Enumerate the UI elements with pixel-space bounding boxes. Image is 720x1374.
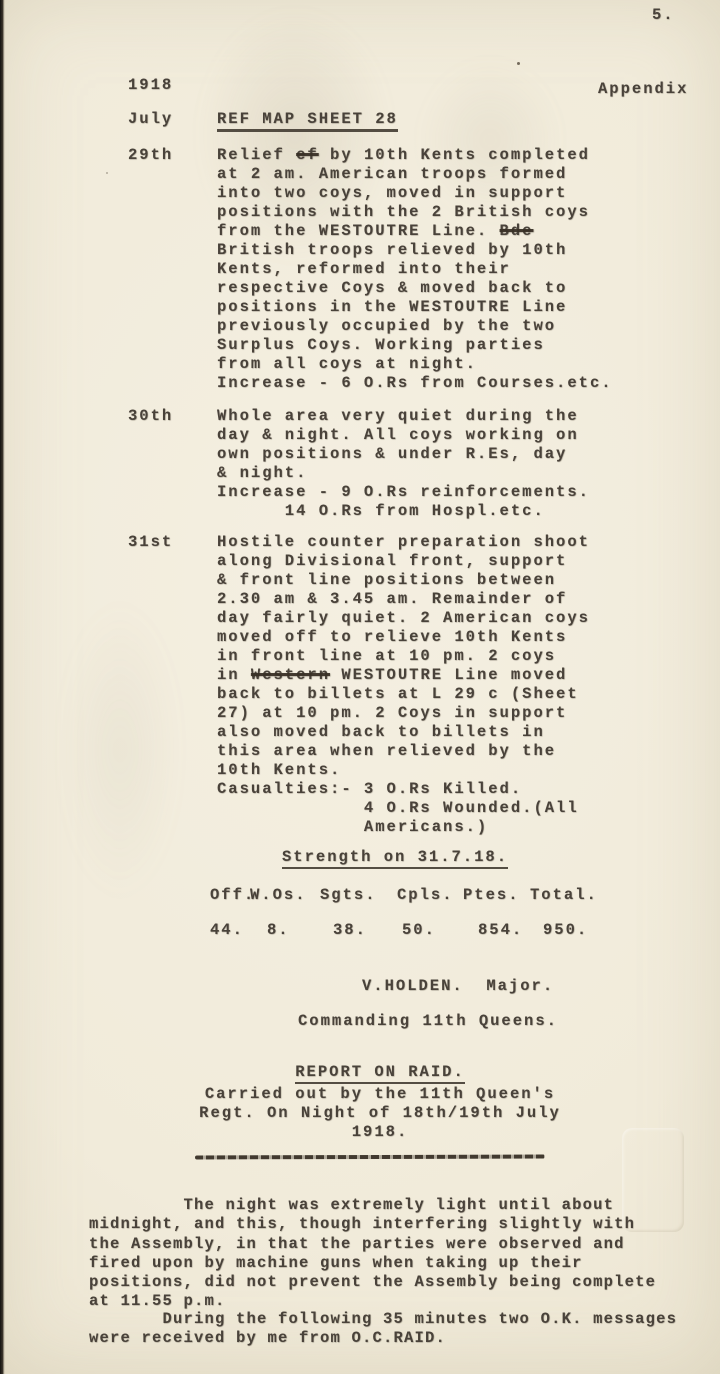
text-line: Carried out by the 11th Queen's	[170, 1085, 590, 1104]
ink-speck	[517, 62, 520, 65]
struck-word: ef	[296, 146, 319, 164]
text-line: also moved back to billets in	[217, 723, 590, 742]
text-line: Regt. On Night of 18th/19th July	[170, 1104, 590, 1123]
report-subtitle: Carried out by the 11th Queen'sRegt. On …	[170, 1085, 590, 1142]
appendix-label: Appendix	[598, 80, 688, 99]
strength-heading: Strength on 31.7.18.	[180, 848, 610, 867]
report-title: REPORT ON RAID.	[170, 1063, 590, 1082]
struck-word: Western	[251, 666, 330, 684]
text-line: own positions & under R.Es, day	[217, 445, 590, 464]
text-line: back to billets at L 29 c (Sheet	[217, 685, 590, 704]
text-line: Surplus Coys. Working parties	[217, 336, 613, 355]
strength-col-sgts: Sgts.	[320, 886, 377, 905]
text-line: in Western WESTOUTRE Line moved	[217, 666, 590, 685]
signature-name: V.HOLDEN. Major.	[362, 977, 554, 996]
page-number: 5.	[652, 6, 675, 25]
month-label: July	[128, 110, 173, 129]
entry-body-30th: Whole area very quiet during theday & ni…	[217, 407, 590, 521]
document-page: 5. 1918 Appendix July REF MAP SHEET 28 2…	[0, 0, 720, 1374]
text-line: Increase - 9 O.Rs reinforcements.	[217, 483, 590, 502]
text-line: 1918.	[170, 1123, 590, 1142]
map-ref-heading: REF MAP SHEET 28	[217, 110, 398, 129]
strength-val-wos: 8.	[267, 921, 290, 940]
text-line: day & night. All coys working on	[217, 426, 590, 445]
text-line: positions in the WESTOUTRE Line	[217, 298, 613, 317]
text-line: at 11.55 p.m.	[89, 1292, 656, 1311]
text-line: from the WESTOUTRE Line. Bde	[217, 222, 613, 241]
text-line: 4 O.Rs Wounded.(All	[217, 799, 590, 818]
text-line: 2.30 am & 3.45 am. Remainder of	[217, 590, 590, 609]
entry-body-31st: Hostile counter preparation shootalong D…	[217, 533, 590, 837]
text-line: positions with the 2 British coys	[217, 203, 613, 222]
report-title-text: REPORT ON RAID.	[295, 1063, 465, 1084]
text-line: day fairly quiet. 2 American coys	[217, 609, 590, 628]
strength-col-ptes: Ptes.	[463, 886, 520, 905]
strength-heading-text: Strength on 31.7.18.	[282, 848, 508, 869]
text-line: Casualties:- 3 O.Rs Killed.	[217, 780, 590, 799]
text-line: respective Coys & moved back to	[217, 279, 613, 298]
signature-command: Commanding 11th Queens.	[298, 1012, 558, 1031]
text-line: Whole area very quiet during the	[217, 407, 590, 426]
ink-speck	[106, 172, 108, 174]
text-line: Increase - 6 O.Rs from Courses.etc.	[217, 374, 613, 393]
text-line: 27) at 10 pm. 2 Coys in support	[217, 704, 590, 723]
divider-rule	[195, 1155, 545, 1159]
text-line: the Assembly, in that the parties were o…	[89, 1235, 656, 1254]
text-line: midnight, and this, though interfering s…	[89, 1215, 656, 1234]
text-line: into two coys, moved in support	[217, 184, 613, 203]
text-line: this area when relieved by the	[217, 742, 590, 761]
entry-date-30th: 30th	[128, 407, 173, 426]
map-ref-text: REF MAP SHEET 28	[217, 110, 398, 132]
strength-val-cpls: 50.	[402, 921, 436, 940]
text-line: previously occupied by the two	[217, 317, 613, 336]
strength-col-wos: W.Os.	[250, 886, 307, 905]
text-line: Kents, reformed into their	[217, 260, 613, 279]
scan-edge-shadow	[0, 0, 5, 1374]
raid-paragraph-1: The night was extremely light until abou…	[89, 1196, 656, 1312]
text-line: were received by me from O.C.RAID.	[89, 1329, 677, 1348]
text-line: During the following 35 minutes two O.K.…	[89, 1310, 677, 1329]
text-line: along Divisional front, support	[217, 552, 590, 571]
text-line: British troops relieved by 10th	[217, 241, 613, 260]
strength-col-total: Total.	[530, 886, 598, 905]
paper-ghosting	[60, 600, 180, 900]
strength-val-sgts: 38.	[333, 921, 367, 940]
entry-body-29th: Relief ef by 10th Kents completedat 2 am…	[217, 146, 613, 393]
text-line: 14 O.Rs from Hospl.etc.	[217, 502, 590, 521]
text-line: Hostile counter preparation shoot	[217, 533, 590, 552]
text-line: in front line at 10 pm. 2 coys	[217, 647, 590, 666]
text-line: & front line positions between	[217, 571, 590, 590]
strength-col-cpls: Cpls.	[397, 886, 454, 905]
strength-val-off: 44.	[210, 921, 244, 940]
text-line: moved off to relieve 10th Kents	[217, 628, 590, 647]
year-label: 1918	[128, 76, 173, 95]
text-line: Americans.)	[217, 818, 590, 837]
text-line: fired upon by machine guns when taking u…	[89, 1254, 656, 1273]
text-line: Relief ef by 10th Kents completed	[217, 146, 613, 165]
raid-paragraph-2: During the following 35 minutes two O.K.…	[89, 1310, 677, 1349]
strength-val-ptes: 854.	[478, 921, 523, 940]
text-line: positions, did not prevent the Assembly …	[89, 1273, 656, 1292]
entry-date-29th: 29th	[128, 146, 173, 165]
text-line: & night.	[217, 464, 590, 483]
entry-date-31st: 31st	[128, 533, 173, 552]
text-line: 10th Kents.	[217, 761, 590, 780]
text-line: from all coys at night.	[217, 355, 613, 374]
struck-word: Bde	[500, 222, 534, 240]
text-line: at 2 am. American troops formed	[217, 165, 613, 184]
text-line: The night was extremely light until abou…	[89, 1196, 656, 1215]
strength-col-off: Off.	[210, 886, 255, 905]
strength-val-total: 950.	[543, 921, 588, 940]
